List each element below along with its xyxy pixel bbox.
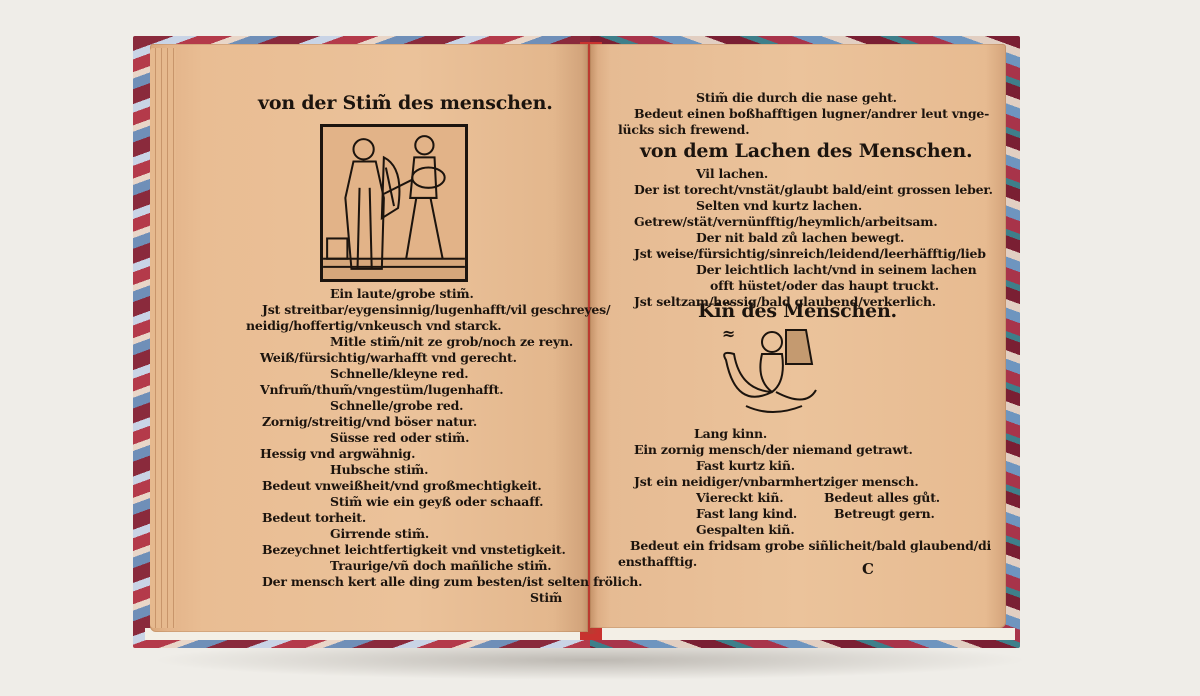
text-line: Stim̃ die durch die nase geht.	[696, 90, 897, 105]
text-line: Jst weise/fürsichtig/sinreich/leidend/le…	[634, 246, 986, 261]
text-line: Jst streitbar/eygensinnig/lugenhafft/vil…	[262, 302, 610, 317]
right-heading-laughter: von dem Lachen des Menschen.	[640, 140, 972, 162]
text-line: Jst ein neidiger/vnbarmhertziger mensch.	[634, 474, 919, 489]
text-line: Hessig vnd argwähnig.	[260, 446, 415, 461]
text-line: Zornig/streitig/vnd böser natur.	[262, 414, 477, 429]
text-line: Schnelle/grobe red.	[330, 398, 463, 413]
text-line: Getrew/stät/vernünfftig/heymlich/arbeits…	[634, 214, 937, 229]
text-line: Viereckt kiñ.	[696, 490, 783, 505]
right-heading-chin: Kiñ des Menschen.	[698, 300, 897, 322]
text-line: Ein zornig mensch/der niemand getrawt.	[634, 442, 913, 457]
text-line: Girrende stim̃.	[330, 526, 429, 541]
text-line: Betreugt gern.	[834, 506, 935, 521]
text-line: Weiß/fürsichtig/warhafft vnd gerecht.	[260, 350, 517, 365]
text-line: Vnfrum̃/thum̃/vngestüm/lugenhafft.	[260, 382, 503, 397]
text-line: Bedeut alles gůt.	[824, 490, 940, 505]
text-line: Bezeychnet leichtfertigkeit vnd vnstetig…	[262, 542, 566, 557]
text-line: Schnelle/kleyne red.	[330, 366, 468, 381]
text-line: Ein laute/grobe stim̃.	[330, 286, 474, 301]
text-line: Bedeut torheit.	[262, 510, 366, 525]
signature-mark: C	[862, 560, 874, 578]
text-line: Süsse red oder stim̃.	[330, 430, 469, 445]
text-line: Mitle stim̃/nit ze grob/noch ze reyn.	[330, 334, 573, 349]
text-line: Hubsche stim̃.	[330, 462, 428, 477]
text-line: Bedeut einen boßhafftigen lugner/andrer …	[634, 106, 989, 121]
text-line: Traurige/vñ doch mañliche stim̃.	[330, 558, 551, 573]
text-line: offt hüstet/oder das haupt truckt.	[710, 278, 939, 293]
text-line: Bedeut vnweißheit/vnd großmechtigkeit.	[262, 478, 542, 493]
text-line: Stim̃ wie ein geyß oder schaaff.	[330, 494, 543, 509]
text-line: Bedeut ein fridsam grobe siñlicheit/bald…	[630, 538, 991, 553]
gutter	[582, 44, 598, 634]
text-line: Fast lang kind.	[696, 506, 797, 521]
text-line: Selten vnd kurtz lachen.	[696, 198, 862, 213]
woodcut-merman-icon	[716, 320, 824, 418]
text-line: Gespalten kiñ.	[696, 522, 794, 537]
text-line: Der ist torecht/vnstät/glaubt bald/eint …	[634, 182, 993, 197]
text-line: neidig/hoffertig/vnkeusch vnd starck.	[246, 318, 501, 333]
text-line: lücks sich frewend.	[618, 122, 749, 137]
page-edges	[150, 48, 176, 628]
text-line: Fast kurtz kiñ.	[696, 458, 795, 473]
text-line: ensthafftig.	[618, 554, 697, 569]
catchword: Stim̃	[530, 590, 562, 605]
text-line: Der leichtlich lacht/vnd in seinem lache…	[696, 262, 976, 277]
text-line: Lang kinn.	[694, 426, 767, 441]
cover-edge-right	[600, 628, 1015, 640]
text-line: Der nit bald zů lachen bewegt.	[696, 230, 904, 245]
text-line: Der mensch kert alle ding zum besten/ist…	[262, 574, 642, 589]
text-line: Vil lachen.	[696, 166, 768, 181]
left-heading: von der Stim̃ des menschen.	[258, 92, 553, 114]
woodcut-musicians-icon	[320, 124, 468, 282]
